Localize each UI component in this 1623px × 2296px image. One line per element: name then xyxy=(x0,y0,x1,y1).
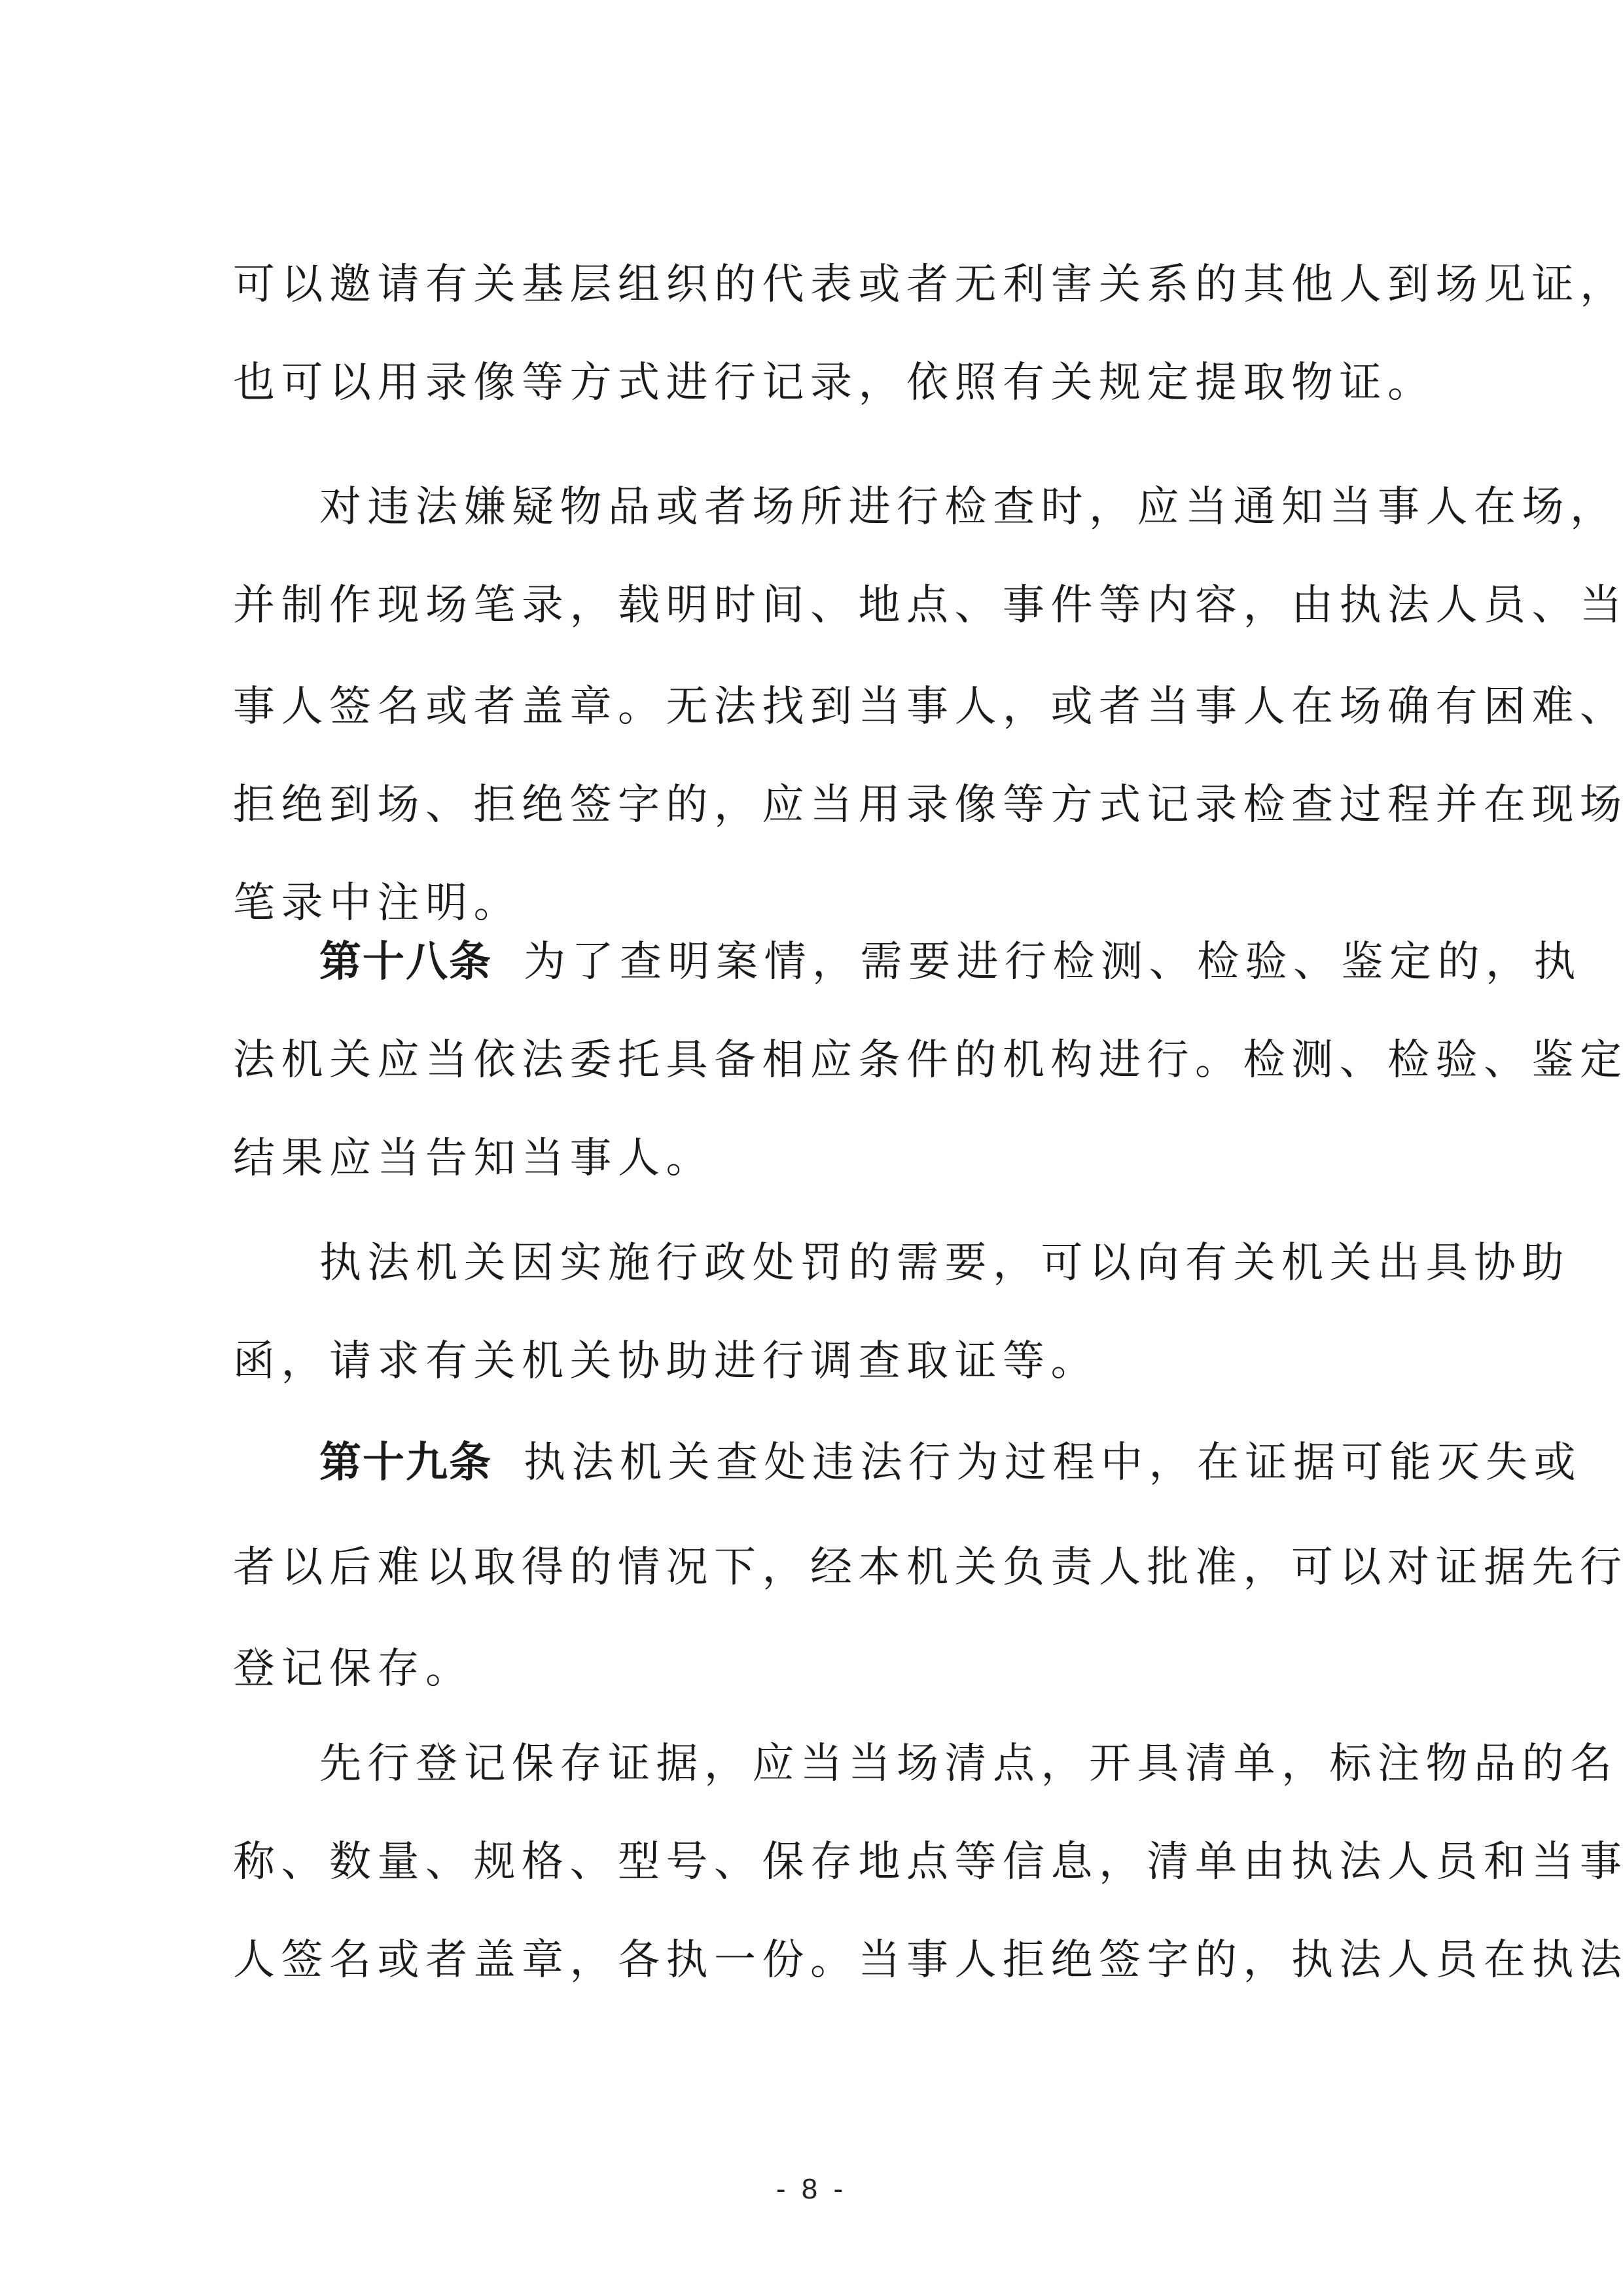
paragraph-line: 先行登记保存证据，应当当场清点，开具清单，标注物品的名 xyxy=(319,1731,1437,1797)
paragraph-line: 登记保存。 xyxy=(233,1636,1437,1702)
article-18-first-line: 第十八条为了查明案情，需要进行检测、检验、鉴定的，执 xyxy=(319,929,1437,995)
paragraph-line: 人签名或者盖章，各执一份。当事人拒绝签字的，执法人员在执法 xyxy=(233,1928,1437,1993)
paragraph-line: 结果应当告知当事人。 xyxy=(233,1126,1437,1191)
paragraph-line: 法机关应当依法委托具备相应条件的机构进行。检测、检验、鉴定 xyxy=(233,1028,1437,1093)
paragraph-line: 也可以用录像等方式进行记录，依照有关规定提取物证。 xyxy=(233,350,1437,416)
document-page: 可以邀请有关基层组织的代表或者无利害关系的其他人到场见证， 也可以用录像等方式进… xyxy=(0,0,1623,2296)
article-text: 为了查明案情，需要进行检测、检验、鉴定的，执 xyxy=(524,938,1582,986)
paragraph-line: 函，请求有关机关协助进行调查取证等。 xyxy=(233,1329,1437,1394)
paragraph-line: 称、数量、规格、型号、保存地点等信息，清单由执法人员和当事 xyxy=(233,1829,1437,1895)
paragraph-line: 拒绝到场、拒绝签字的，应当用录像等方式记录检查过程并在现场 xyxy=(233,772,1437,838)
article-text: 执法机关查处违法行为过程中，在证据可能灭失或 xyxy=(524,1439,1582,1487)
paragraph-line: 执法机关因实施行政处罚的需要，可以向有关机关出具协助 xyxy=(319,1230,1437,1296)
article-number: 第十八条 xyxy=(319,938,492,986)
paragraph-line: 笔录中注明。 xyxy=(233,870,1437,936)
paragraph-line: 对违法嫌疑物品或者场所进行检查时，应当通知当事人在场， xyxy=(319,475,1437,540)
article-number: 第十九条 xyxy=(319,1439,492,1487)
paragraph-line: 可以邀请有关基层组织的代表或者无利害关系的其他人到场见证， xyxy=(233,252,1437,317)
paragraph-line: 并制作现场笔录，载明时间、地点、事件等内容，由执法人员、当 xyxy=(233,573,1437,638)
paragraph-line: 者以后难以取得的情况下，经本机关负责人批准，可以对证据先行 xyxy=(233,1535,1437,1600)
page-number: - 8 - xyxy=(0,2173,1623,2206)
article-19-first-line: 第十九条执法机关查处违法行为过程中，在证据可能灭失或 xyxy=(319,1430,1437,1496)
paragraph-line: 事人签名或者盖章。无法找到当事人，或者当事人在场确有困难、 xyxy=(233,674,1437,740)
